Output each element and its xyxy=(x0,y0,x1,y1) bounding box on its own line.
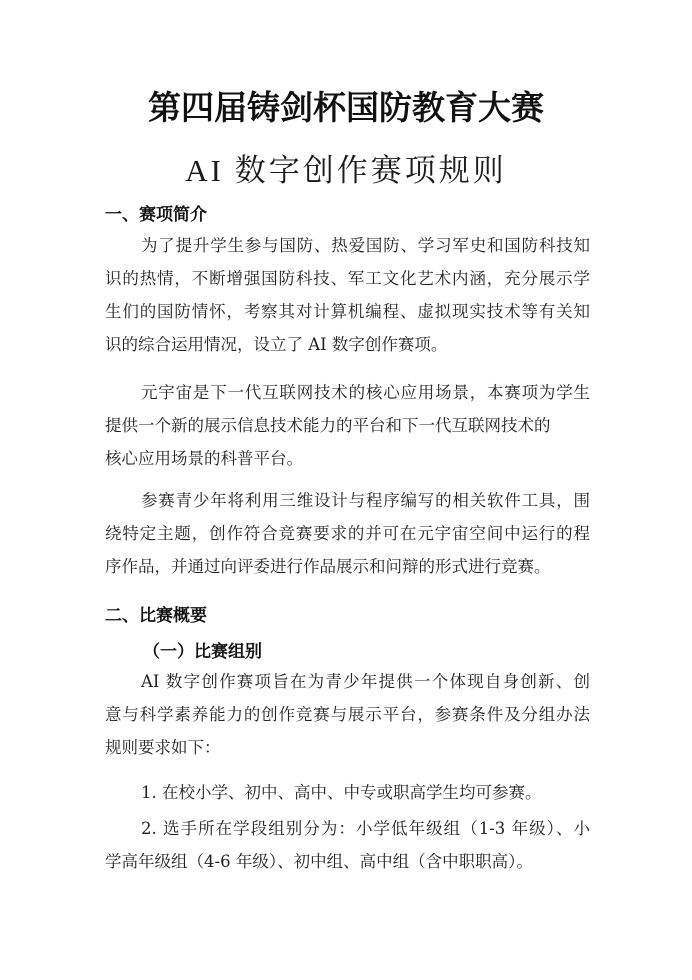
text-line: 元宇宙是下一代互联网技术的核心应用场景，本赛项为学生 xyxy=(105,376,590,409)
text-line: 核心应用场景的科普平台。 xyxy=(105,442,590,475)
text-line: 绕特定主题，创作符合竞赛要求的并可在元宇宙空间中运行的程 xyxy=(105,517,590,550)
paragraph-groups-1: AI 数字创作赛项旨在为青少年提供一个体现自身创新、创 意与科学素养能力的创作竞… xyxy=(105,665,590,764)
text-line: 序作品，并通过向评委进行作品展示和问辩的形式进行竞赛。 xyxy=(105,550,590,583)
text-line: 规则要求如下： xyxy=(105,731,590,764)
subsection-heading-groups: （一）比赛组别 xyxy=(143,637,262,662)
document-page: 第四届铸剑杯国防教育大赛 AI 数字创作赛项规则 一、赛项简介 为了提升学生参与… xyxy=(0,0,692,980)
paragraph-intro-3: 参赛青少年将利用三维设计与程序编写的相关软件工具，围 绕特定主题，创作符合竞赛要… xyxy=(105,484,590,583)
text-line: 参赛青少年将利用三维设计与程序编写的相关软件工具，围 xyxy=(105,484,590,517)
text-line: 1. 在校小学、初中、高中、中专或职高学生均可参赛。 xyxy=(105,776,590,809)
text-line: 2. 选手所在学段组别分为：小学低年级组（1-3 年级）、小 xyxy=(105,812,590,845)
text-line: AI 数字创作赛项旨在为青少年提供一个体现自身创新、创 xyxy=(105,665,590,698)
text-line: 提供一个新的展示信息技术能力的平台和下一代互联网技术的 xyxy=(105,409,590,442)
paragraph-intro-2: 元宇宙是下一代互联网技术的核心应用场景，本赛项为学生 提供一个新的展示信息技术能… xyxy=(105,376,590,475)
text-line: 为了提升学生参与国防、热爱国防、学习军史和国防科技知 xyxy=(105,229,590,262)
text-line: 生们的国防情怀，考察其对计算机编程、虚拟现实技术等有关知 xyxy=(105,295,590,328)
text-line: 意与科学素养能力的创作竞赛与展示平台，参赛条件及分组办法 xyxy=(105,698,590,731)
section-heading-overview: 二、比赛概要 xyxy=(105,601,207,626)
paragraph-intro-1: 为了提升学生参与国防、热爱国防、学习军史和国防科技知 识的热情，不断增强国防科技… xyxy=(105,229,590,361)
text-line: 识的综合运用情况，设立了 AI 数字创作赛项。 xyxy=(105,328,590,361)
document-subtitle: AI 数字创作赛项规则 xyxy=(0,145,692,190)
list-item-group-division: 2. 选手所在学段组别分为：小学低年级组（1-3 年级）、小 学高年级组（4-6… xyxy=(105,812,590,878)
list-item-eligibility: 1. 在校小学、初中、高中、中专或职高学生均可参赛。 xyxy=(105,776,590,809)
text-line: 识的热情，不断增强国防科技、军工文化艺术内涵，充分展示学 xyxy=(105,262,590,295)
section-heading-intro: 一、赛项简介 xyxy=(105,200,207,225)
document-title: 第四届铸剑杯国防教育大赛 xyxy=(0,82,692,129)
text-line: 学高年级组（4-6 年级）、初中组、高中组（含中职职高）。 xyxy=(105,845,590,878)
